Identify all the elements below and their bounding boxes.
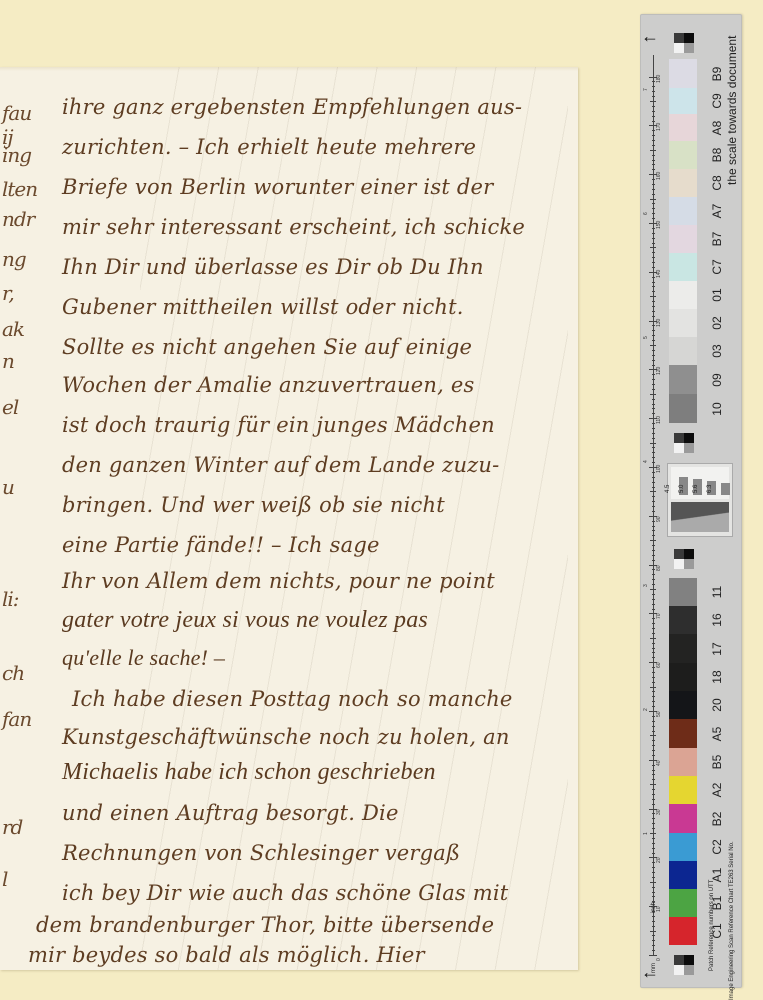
patch-label: 20 xyxy=(710,691,724,719)
patch-label: C8 xyxy=(710,169,724,197)
ruler-inch-label: 5 xyxy=(643,336,649,339)
color-patch-b9 xyxy=(669,59,697,88)
color-patch-20 xyxy=(669,691,697,719)
arrow-left-icon: ← xyxy=(641,29,667,43)
ruler-mm-label: 80 xyxy=(656,565,662,571)
color-patch-c8 xyxy=(669,169,697,197)
color-patch-18 xyxy=(669,663,697,691)
text-line: Sollte es nicht angehen Sie auf einige xyxy=(62,335,472,359)
margin-fragment: li: xyxy=(2,587,19,611)
ruler-mm-label: 120 xyxy=(656,367,662,375)
patch-label: 02 xyxy=(710,309,724,337)
text-line-french: gater votre jeux si vous ne voulez pas xyxy=(62,607,428,634)
text-line: eine Partie fände!! – Ich sage xyxy=(62,533,380,557)
ruler-inch-label: 3 xyxy=(643,584,649,587)
color-patch-03 xyxy=(669,337,697,365)
ruler: 1801701601501401301201101009080706050403… xyxy=(641,55,667,955)
ruler-mm-label: 70 xyxy=(656,614,662,620)
color-patch-c2 xyxy=(669,833,697,861)
gray-squares-icon xyxy=(674,33,694,53)
ruler-mm-label: 40 xyxy=(656,760,662,766)
margin-fragment: r, xyxy=(2,281,14,305)
ruler-mm-label: 60 xyxy=(656,663,662,669)
ruler-inch-label: 1 xyxy=(643,832,649,835)
text-line: zurichten. – Ich erhielt heute mehrere xyxy=(62,135,476,159)
text-line: bringen. Und wer weiß ob sie nicht xyxy=(62,493,445,517)
ruler-mm-label: 170 xyxy=(656,123,662,131)
patch-label: 11 xyxy=(710,578,724,606)
text-line: Rechnungen von Schlesinger vergaß xyxy=(62,841,460,865)
text-line: Ihn Dir und überlasse es Dir ob Du Ihn xyxy=(62,255,484,279)
text-line: Briefe von Berlin worunter einer ist der xyxy=(62,175,493,199)
patch-label: A5 xyxy=(710,720,724,748)
color-patch-b5 xyxy=(669,748,697,776)
margin-fragment: ch xyxy=(2,661,24,685)
text-line: Ihr von Allem dem nichts, pour ne point xyxy=(62,569,495,593)
margin-fragment: n xyxy=(2,349,14,373)
text-line: dem brandenburger Thor, bitte übersende xyxy=(36,913,494,937)
letter-page: fau ij ing lten ndr ng r, ak n el u li: … xyxy=(0,67,578,970)
left-margin-fragments: fau ij ing lten ndr ng r, ak n el u li: … xyxy=(0,67,56,970)
text-line: und einen Auftrag besorgt. Die xyxy=(62,801,399,825)
patch-label: 17 xyxy=(710,635,724,663)
gray-squares-icon xyxy=(674,955,694,975)
patch-label: A7 xyxy=(710,197,724,225)
scan-reference-chart: ← 18017016015014013012011010090807060504… xyxy=(640,14,742,988)
gray-squares-icon xyxy=(674,549,694,569)
color-patch-a7 xyxy=(669,197,697,225)
color-patch-02 xyxy=(669,309,697,337)
margin-fragment: ak xyxy=(2,317,24,341)
patch-label: A2 xyxy=(710,776,724,804)
chart-serial-note: Image Engineering Scan Reference Chart T… xyxy=(729,841,735,1000)
color-patch-c1 xyxy=(669,917,697,945)
color-patch-c9 xyxy=(669,88,697,114)
color-patch-b2 xyxy=(669,804,697,833)
ruler-mm-label: 90 xyxy=(656,516,662,522)
text-line: ist doch traurig für ein junges Mädchen xyxy=(62,413,495,437)
text-line: ich bey Dir wie auch das schöne Glas mit xyxy=(62,881,508,905)
ruler-inch-label: 4 xyxy=(643,460,649,463)
color-patch-16 xyxy=(669,606,697,634)
patch-label: 09 xyxy=(710,366,724,394)
patch-label: B9 xyxy=(710,60,724,88)
resolution-label: 6.3 xyxy=(707,485,713,493)
margin-fragment: fan xyxy=(2,707,31,731)
ruler-inch-label: 6 xyxy=(643,213,649,216)
patch-label: 03 xyxy=(710,337,724,365)
margin-fragment: el xyxy=(2,395,18,419)
patch-label: B8 xyxy=(710,141,724,169)
text-line: mir beydes so bald als möglich. Hier xyxy=(28,943,425,967)
patch-label: B7 xyxy=(710,225,724,253)
text-line: Michaelis habe ich schon geschrieben xyxy=(62,759,436,786)
color-patch-a8 xyxy=(669,114,697,141)
text-line: Wochen der Amalie anzuvertrauen, es xyxy=(62,373,474,397)
ruler-mm-label: 0 xyxy=(656,958,662,961)
margin-fragment: ndr xyxy=(2,207,34,231)
patch-label: B5 xyxy=(710,748,724,776)
color-patch-b8 xyxy=(669,141,697,169)
patch-label: 10 xyxy=(710,395,724,423)
margin-fragment: ng xyxy=(2,247,26,271)
text-line: mir sehr interessant erscheint, ich schi… xyxy=(62,215,525,239)
color-patch-a5 xyxy=(669,719,697,748)
resolution-label: 5.6 xyxy=(693,485,699,493)
ruler-mm-label: 140 xyxy=(656,269,662,277)
color-patch-10 xyxy=(669,394,697,423)
ruler-mm-label: 110 xyxy=(656,416,662,424)
patch-label: C7 xyxy=(710,253,724,281)
patch-label: 01 xyxy=(710,281,724,309)
text-line: ihre ganz ergebensten Empfehlungen aus- xyxy=(62,95,522,119)
margin-fragment: ing xyxy=(2,143,31,167)
color-patch-b1 xyxy=(669,889,697,917)
margin-fragment: u xyxy=(2,475,14,499)
patch-reference-note: Patch Reference numbers on UTT xyxy=(709,880,715,971)
ruler-mm-label: 180 xyxy=(656,74,662,82)
resolution-label: 5.0 xyxy=(679,485,685,493)
resolution-label: 4.5 xyxy=(665,485,671,493)
text-line: den ganzen Winter auf dem Lande zuzu- xyxy=(62,453,499,477)
text-line-french: qu'elle le sache! – xyxy=(62,645,225,671)
color-patch-01 xyxy=(669,281,697,309)
margin-fragment: fau xyxy=(2,101,31,125)
patch-label: 16 xyxy=(710,606,724,634)
ruler-inch-label: 7 xyxy=(643,89,649,92)
color-patch-a1 xyxy=(669,861,697,889)
text-line: Gubener mittheilen willst oder nicht. xyxy=(62,295,464,319)
patch-label: C9 xyxy=(710,87,724,115)
ruler-unit-inch: inch xyxy=(651,902,657,913)
ruler-mm-label: 130 xyxy=(656,318,662,326)
margin-fragment: l xyxy=(2,867,7,891)
color-patch-11 xyxy=(669,578,697,606)
ink-bleed-through xyxy=(140,67,568,970)
ruler-mm-label: 100 xyxy=(656,465,662,473)
margin-fragment: rd xyxy=(2,815,22,839)
color-patch-09 xyxy=(669,365,697,394)
patch-label: 18 xyxy=(710,663,724,691)
margin-fragment: lten xyxy=(2,177,37,201)
resolution-target: 4.5 5.0 5.6 6.3 xyxy=(667,463,733,537)
color-patch-b7 xyxy=(669,225,697,253)
patch-label: C2 xyxy=(710,833,724,861)
ruler-mm-label: 50 xyxy=(656,711,662,717)
slanted-edge-target xyxy=(671,502,729,532)
ruler-unit-mm: mm xyxy=(651,963,657,973)
color-patch-17 xyxy=(669,634,697,663)
color-patch-c7 xyxy=(669,253,697,281)
patch-label: B2 xyxy=(710,805,724,833)
ruler-mm-label: 20 xyxy=(656,858,662,864)
gray-squares-icon xyxy=(674,433,694,453)
patch-label: A8 xyxy=(710,114,724,142)
color-patch-a2 xyxy=(669,776,697,804)
ruler-mm-label: 160 xyxy=(656,172,662,180)
scale-caption: the scale towards document xyxy=(725,36,739,185)
ruler-mm-label: 150 xyxy=(656,221,662,229)
text-line: Ich habe diesen Posttag noch so manche xyxy=(72,687,513,711)
ruler-mm-label: 30 xyxy=(656,809,662,815)
ruler-inch-label: 2 xyxy=(643,708,649,711)
text-line: Kunstgeschäftwünsche noch zu holen, an xyxy=(62,725,510,749)
